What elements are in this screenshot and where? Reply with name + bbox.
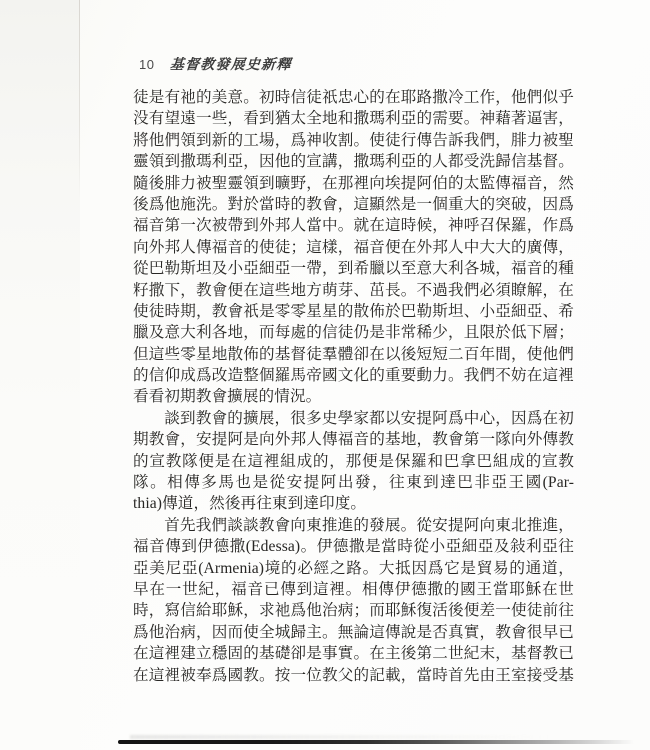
- text-line: 後爲他施洗。對於當時的教會，這顯然是一個重大的突破，因爲: [133, 194, 574, 215]
- text-line: 臘及意大利各地，而每處的信徒仍是非常稀少，且限於低下層；: [133, 322, 574, 343]
- page-number: 10: [139, 57, 154, 72]
- text-line: 亞美尼亞(Armenia)境的必經之路。大抵因爲它是貿易的通道，: [133, 558, 574, 579]
- scanned-book-page: 10 基督教發展史新釋 徒是有祂的美意。初時信徒祇忠心的在耶路撒冷工作，他們似乎…: [0, 0, 650, 750]
- book-title: 基督教發展史新釋: [170, 54, 293, 74]
- text-line: 在這裡被奉爲國教。按一位教父的記載，當時首先由王室接受基: [133, 665, 574, 686]
- page-body-text: 徒是有祂的美意。初時信徒祇忠心的在耶路撒冷工作，他們似乎 没有望遠一些，看到猶太…: [133, 87, 574, 686]
- text-line-paragraph-start: 談到教會的擴展，很多史學家都以安提阿爲中心，因爲在初: [133, 408, 574, 429]
- text-line: 將他們領到新的工場，爲神收割。使徒行傳告訴我們，腓力被聖: [133, 130, 574, 151]
- text-line: 早在一世紀，福音已傳到這裡。相傳伊德撒的國王當耶穌在世: [133, 579, 574, 600]
- text-line: 的信仰成爲改造整個羅馬帝國文化的重要動力。我們不妨在這裡: [133, 365, 574, 386]
- text-line: 靈領到撒瑪利亞，因他的宣講，撒瑪利亞的人都受洗歸信基督。: [133, 151, 574, 172]
- text-line-paragraph-start: 首先我們談談教會向東推進的發展。從安提阿向東北推進，: [133, 515, 574, 536]
- text-line-paragraph-end: thia)傳道，然後再往東到達印度。: [133, 493, 574, 514]
- text-line: 時，寫信給耶穌，求祂爲他治病；而耶穌復活後便差一使徒前往: [133, 600, 574, 621]
- text-line: 從巴勒斯坦及小亞細亞一帶，到希臘以至意大利各城，福音的種: [133, 258, 574, 279]
- text-line: 隨後腓力被聖靈領到曠野，在那裡向埃提阿伯的太監傳福音，然: [133, 173, 574, 194]
- text-line: 但這些零星地散佈的基督徒羣體卻在以後短短二百年間，使他們: [133, 344, 574, 365]
- text-line: 徒是有祂的美意。初時信徒祇忠心的在耶路撒冷工作，他們似乎: [133, 87, 574, 108]
- text-line: 福音第一次被帶到外邦人當中。就在這時候，神呼召保羅，作爲: [133, 215, 574, 236]
- running-head: 10 基督教發展史新釋: [139, 54, 292, 74]
- text-line: 爲他治病，因而使全城歸主。無論這傳說是否真實，教會很早已: [133, 622, 574, 643]
- page-left-margin: [0, 0, 80, 750]
- text-line: 的宣教隊便是在這裡組成的，那便是保羅和巴拿巴組成的宣教: [133, 451, 574, 472]
- text-line-paragraph-end: 看看初期教會擴展的情況。: [133, 386, 574, 407]
- book-bottom-edge-shadow: [118, 740, 634, 744]
- book-bottom-edge-soft-shadow: [130, 735, 550, 739]
- text-line: 使徒時期，教會祇是零零星星的散佈於巴勒斯坦、小亞細亞、希: [133, 301, 574, 322]
- text-line: 没有望遠一些，看到猶太全地和撒瑪利亞的需要。神藉著逼害，: [133, 108, 574, 129]
- text-line: 隊。相傳多馬也是從安提阿出發，往東到達巴非亞王國(Par-: [133, 472, 574, 493]
- text-line: 福音傳到伊德撒(Edessa)。伊德撒是當時從小亞細亞及敍利亞往: [133, 536, 574, 557]
- page-edge-line: [79, 0, 80, 200]
- text-line: 向外邦人傳福音的使徒；這樣，福音便在外邦人中大大的廣傳，: [133, 237, 574, 258]
- text-line: 期教會，安提阿是向外邦人傳福音的基地，教會第一隊向外傳教: [133, 429, 574, 450]
- text-line: 籽撒下，教會便在這些地方萌芽、茁長。不過我們必須瞭解，在: [133, 280, 574, 301]
- text-line: 在這裡建立穩固的基礎卻是事實。在主後第二世紀末，基督教已: [133, 643, 574, 664]
